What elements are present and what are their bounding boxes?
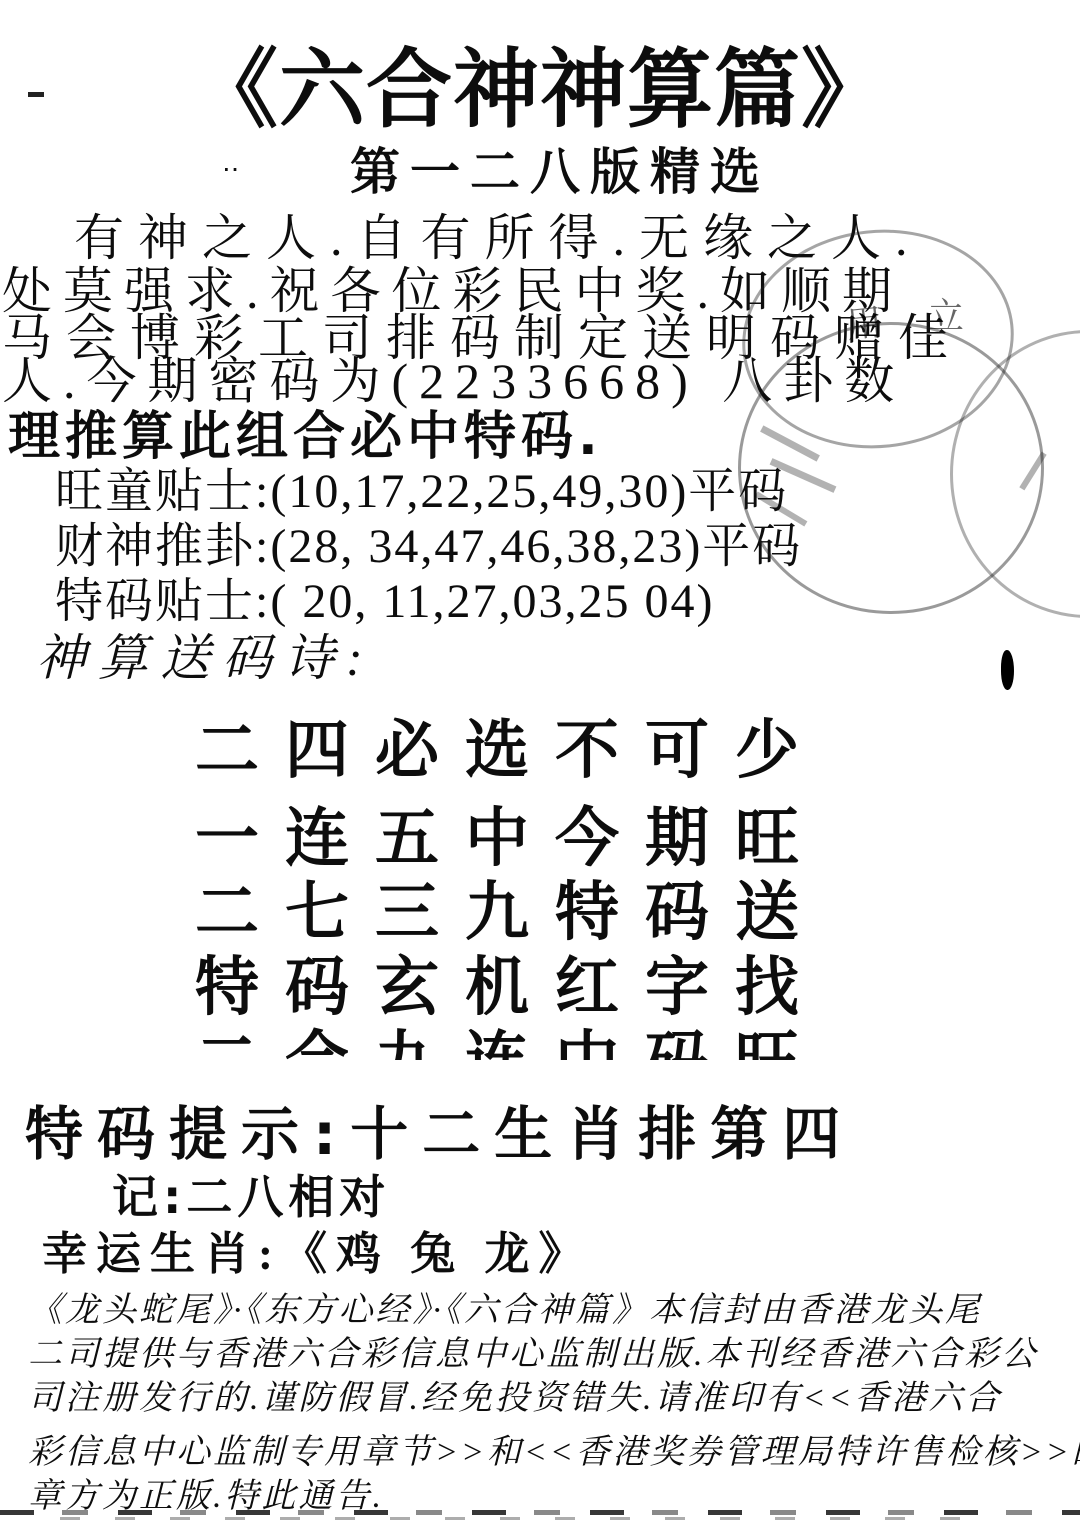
poem-line-1: 二四必选不可少	[195, 699, 825, 791]
scan-noise-line	[0, 1510, 1080, 1515]
lucky-zodiac-line: 幸运生肖:《鸡 兔 龙》	[42, 1217, 593, 1282]
fine-print-line-4: 彩信息中心监制专用章节>>和<<香港奖券管理局特许售检核>>的	[28, 1424, 1080, 1473]
scan-noise-line-2	[60, 1517, 960, 1520]
stamp-character-1: 用	[843, 294, 884, 348]
scanned-document-page: 《六合神神算篇》 ‥ 第一二八版精选 有神之人.自有所得.无缘之人. 处莫强求.…	[0, 0, 1080, 1525]
page-title: 《六合神神算篇》	[0, 20, 1080, 144]
page-subtitle: 第一二八版精选	[0, 132, 1080, 204]
fine-print-line-3: 司注册发行的.谨防假冒.经免投资错失.请准印有<<香港六合	[28, 1370, 1002, 1419]
poem-title: 神算送码诗:	[36, 618, 375, 690]
edge-ink-mark	[1001, 650, 1014, 690]
stamp-character-2: 立	[928, 288, 964, 339]
poem-line-5-clipped: 二合九连中码旺	[195, 1010, 825, 1060]
fine-print-line-1: 《龙头蛇尾》·《东方心经》·《六合神篇》本信封由香港龙头尾	[28, 1282, 982, 1331]
fine-print-line-2: 二司提供与香港六合彩信息中心监制出版.本刊经香港六合彩公	[28, 1326, 1039, 1375]
special-code-hint-line: 特码提示:十二生肖排第四	[25, 1087, 854, 1171]
